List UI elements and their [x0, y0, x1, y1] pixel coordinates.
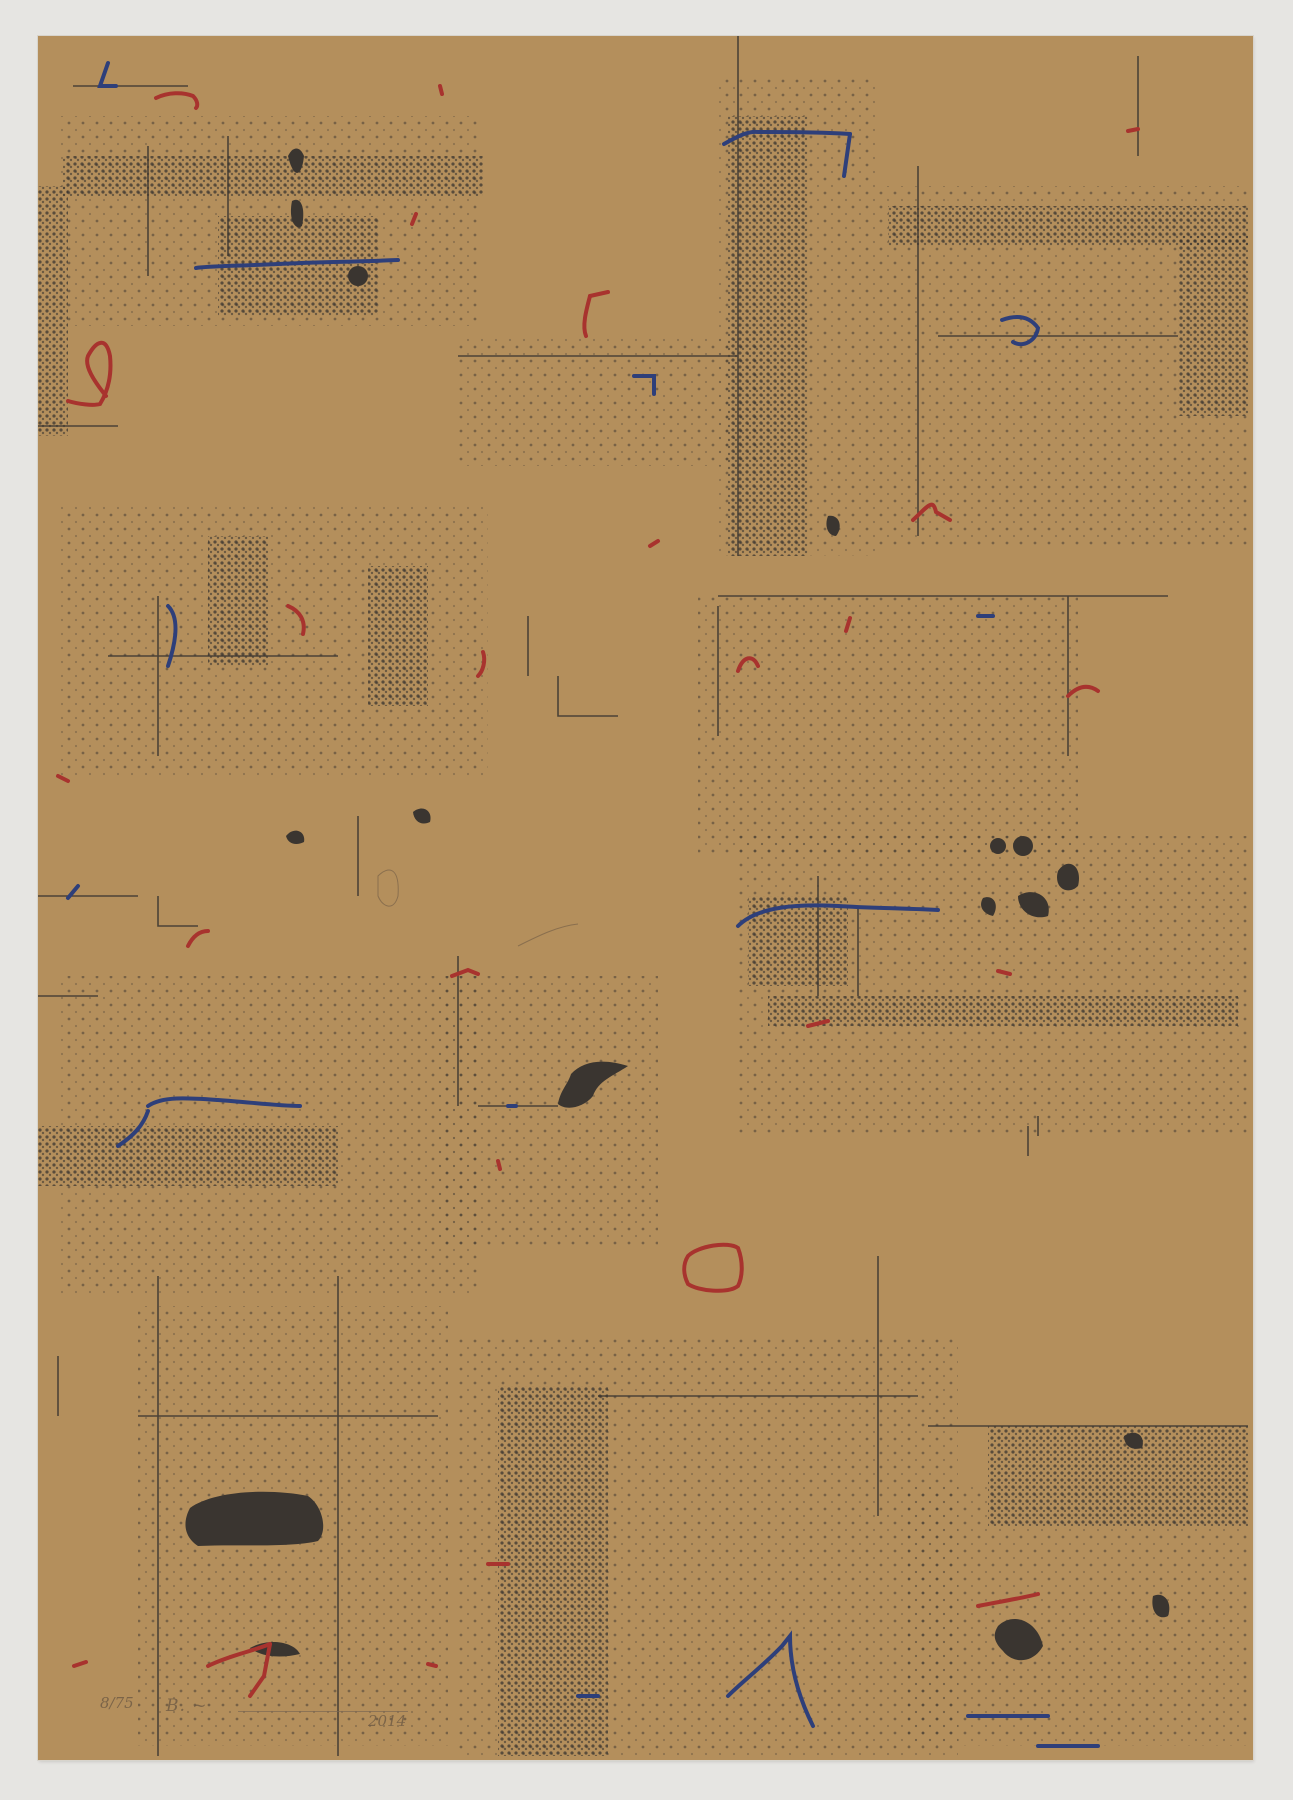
print-paper: 8/75 B. ~ 2014 — [38, 36, 1253, 1760]
pencil-lines — [378, 870, 578, 946]
mount-background: 8/75 B. ~ 2014 — [0, 0, 1293, 1800]
print-marks — [38, 36, 1253, 1760]
date-inscription: 2014 — [368, 1712, 406, 1730]
artist-signature: B. ~ — [166, 1696, 208, 1716]
edition-number: 8/75 — [100, 1694, 134, 1712]
